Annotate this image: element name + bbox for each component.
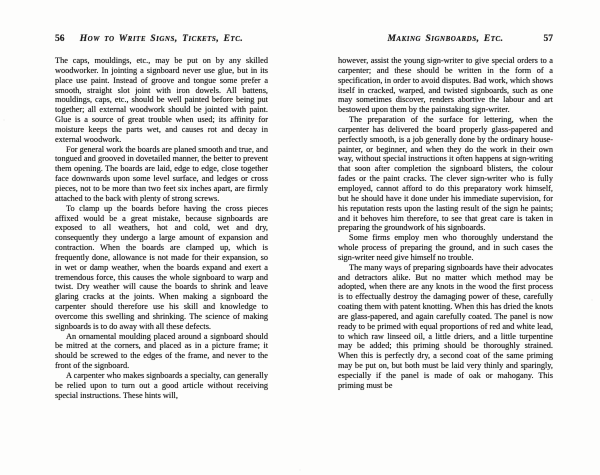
left-page-header: 56 How to Write Signs, Tickets, Etc.	[55, 33, 268, 46]
paragraph: The preparation of the surface for lette…	[338, 115, 553, 233]
right-running-head: Making Signboards, Etc.	[338, 33, 553, 46]
paragraph: A carpenter who makes signboards a speci…	[55, 371, 268, 401]
book-scan-spread: 56 How to Write Signs, Tickets, Etc. The…	[0, 0, 600, 475]
left-page: 56 How to Write Signs, Tickets, Etc. The…	[55, 33, 268, 401]
paragraph: For general work the boards are planed s…	[55, 145, 268, 204]
right-page-body: however, assist the young sign-writer to…	[338, 56, 553, 391]
left-page-body: The caps, mouldings, etc., may be put on…	[55, 56, 268, 401]
paragraph: however, assist the young sign-writer to…	[338, 56, 553, 115]
left-page-number: 56	[55, 33, 65, 46]
right-page: Making Signboards, Etc. 57 however, assi…	[338, 33, 553, 391]
paragraph: The many ways of preparing signboards ha…	[338, 263, 553, 391]
left-running-head: How to Write Signs, Tickets, Etc.	[55, 33, 268, 46]
paragraph: An ornamental moulding placed around a s…	[55, 332, 268, 371]
right-page-number: 57	[544, 33, 554, 46]
paragraph: To clamp up the boards before having the…	[55, 204, 268, 332]
right-page-header: Making Signboards, Etc. 57	[338, 33, 553, 46]
paragraph: The caps, mouldings, etc., may be put on…	[55, 56, 268, 145]
paragraph: Some firms employ men who thoroughly und…	[338, 233, 553, 263]
